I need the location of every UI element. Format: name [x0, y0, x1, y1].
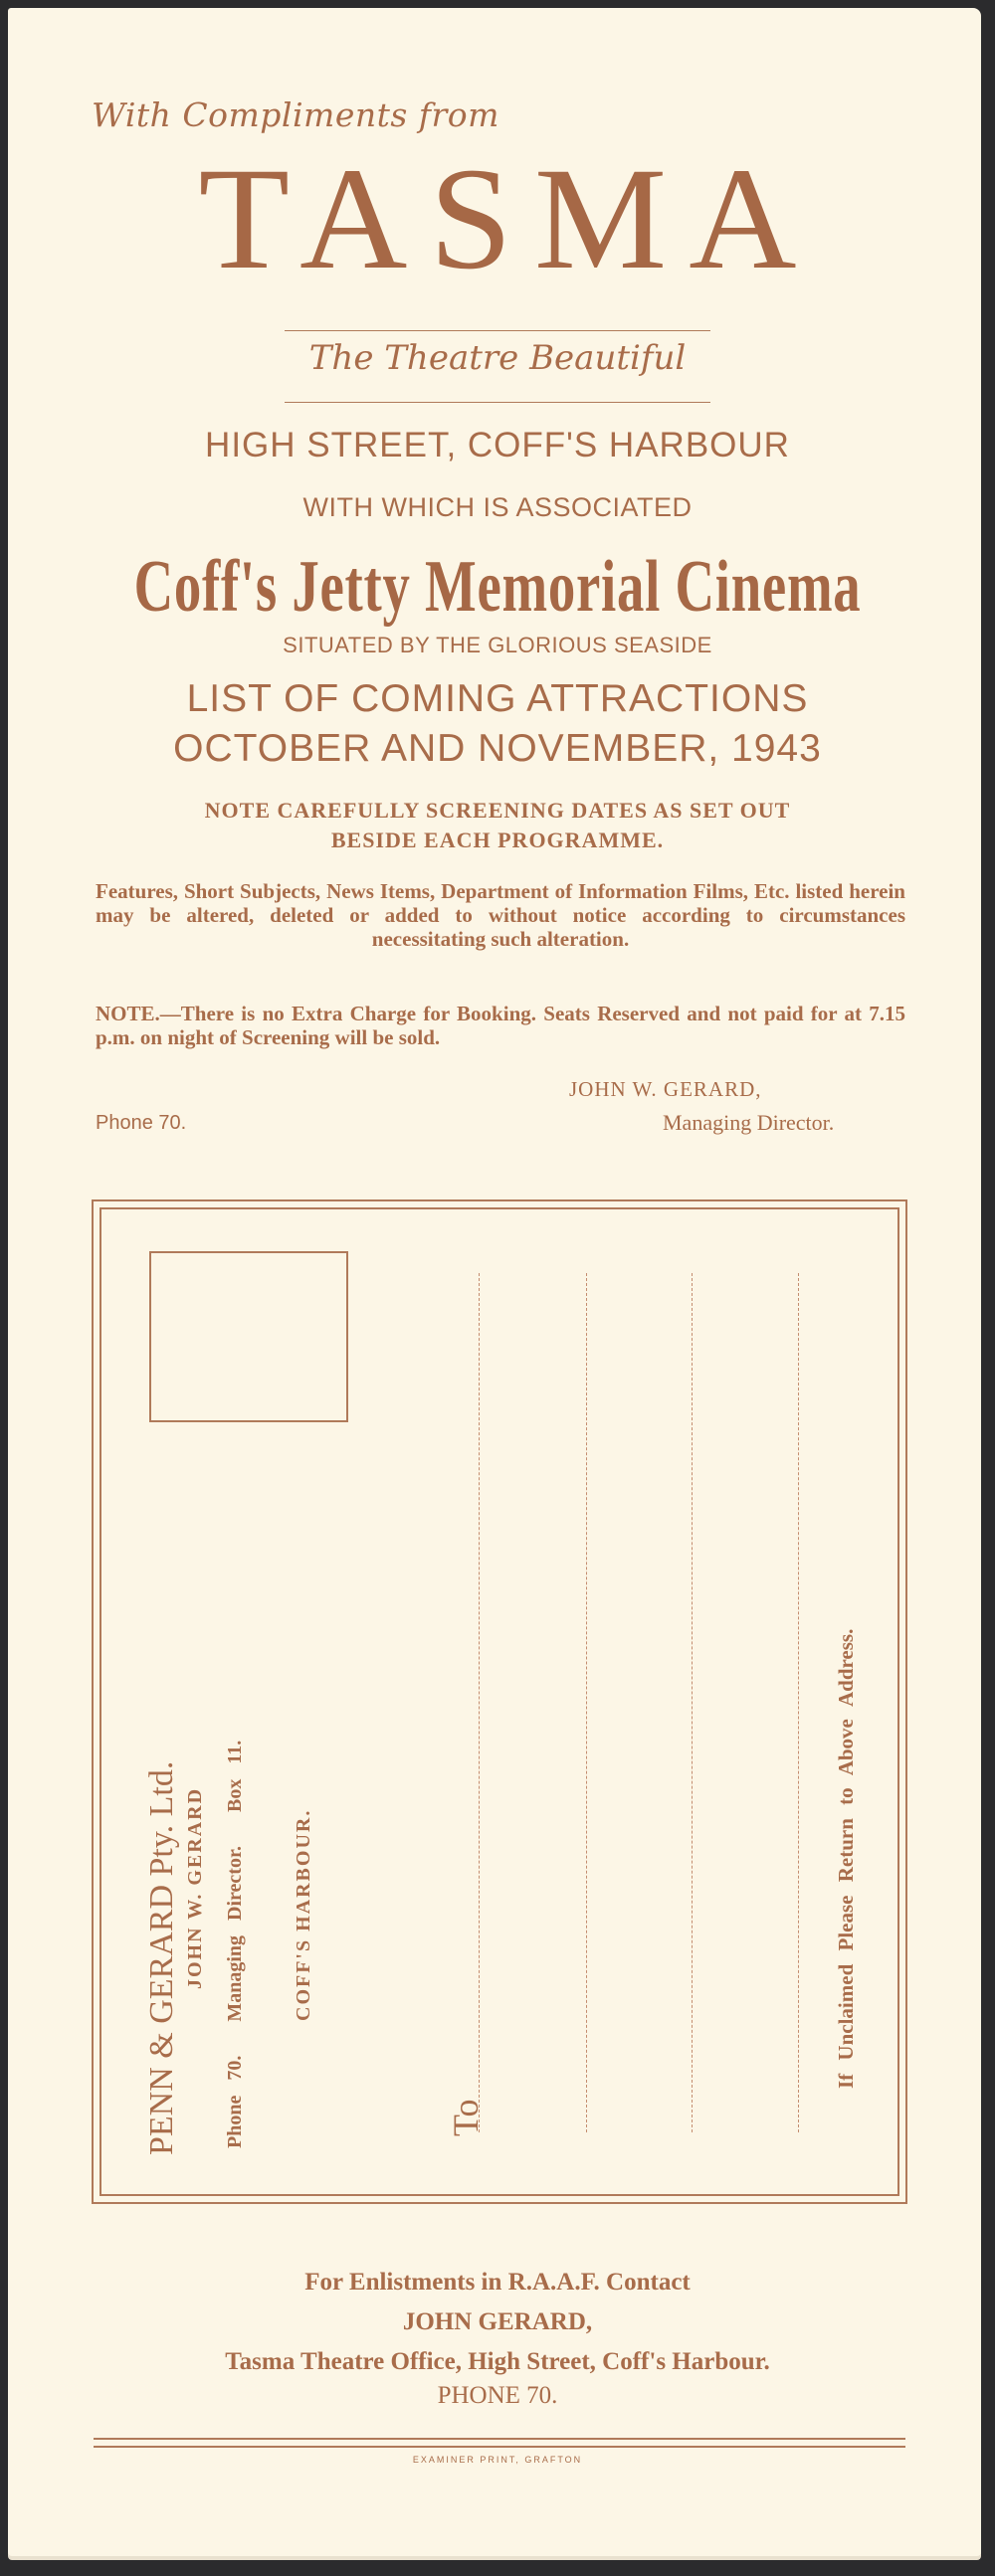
sender-town: COFF'S HARBOUR.: [293, 1809, 315, 2021]
sender-details: Phone 70.Managing Director.Box 11.: [224, 1741, 247, 2148]
address-line-4: [798, 1273, 799, 2132]
raaf-office: Tasma Theatre Office, High Street, Coff'…: [0, 2342, 995, 2382]
list-title: LIST OF COMING ATTRACTIONS OCTOBER AND N…: [0, 674, 995, 774]
raaf-contact: For Enlistments in R.A.A.F. Contact JOHN…: [0, 2263, 995, 2382]
tagline-rule-top: [285, 330, 710, 331]
footer-rule-top: [94, 2438, 905, 2440]
return-note: If Unclaimed Please Return to Above Addr…: [834, 1629, 859, 2089]
compliments-line: With Compliments from: [92, 95, 499, 134]
recipient-to-label: To: [445, 2100, 487, 2136]
signatory-name: JOHN W. GERARD,: [569, 1077, 762, 1102]
raaf-contact-name: JOHN GERARD,: [0, 2302, 995, 2342]
booking-notice: NOTE.—There is no Extra Charge for Booki…: [96, 1002, 905, 1049]
signatory-title: Managing Director.: [663, 1110, 834, 1136]
address-line-2: [586, 1273, 587, 2132]
signatory-phone: Phone 70.: [96, 1112, 186, 1135]
theatre-name: TASMA: [0, 146, 995, 292]
sender-company: PENN & GERARD Pty. Ltd.: [143, 1761, 181, 2155]
footer-rule-bottom: [94, 2446, 905, 2448]
list-title-line: LIST OF COMING ATTRACTIONS: [0, 674, 995, 724]
printer-imprint: EXAMINER PRINT, GRAFTON: [0, 2455, 995, 2465]
raaf-phone: PHONE 70.: [0, 2382, 995, 2410]
period-line: OCTOBER AND NOVEMBER, 1943: [0, 724, 995, 774]
sender-phone: Phone 70.: [224, 2056, 246, 2148]
cinema-name: Coff's Jetty Memorial Cinema: [129, 545, 866, 630]
situated-line: SITUATED BY THE GLORIOUS SEASIDE: [0, 633, 995, 658]
raaf-line: For Enlistments in R.A.A.F. Contact: [0, 2263, 995, 2302]
stamp-box: [149, 1251, 348, 1422]
associated-line: WITH WHICH IS ASSOCIATED: [0, 492, 995, 523]
sender-director-title: Managing Director.: [224, 1846, 246, 2022]
sender-director-name: JOHN W. GERARD: [184, 1787, 207, 1989]
sender-box: Box 11.: [224, 1741, 246, 1812]
address-line-1: [479, 1273, 480, 2132]
address-line-3: [692, 1273, 693, 2132]
theatre-address: HIGH STREET, COFF'S HARBOUR: [0, 426, 995, 465]
tagline-rule-bottom: [285, 402, 710, 403]
features-notice: Features, Short Subjects, News Items, De…: [96, 879, 905, 951]
screening-note: NOTE CAREFULLY SCREENING DATES AS SET OU…: [179, 796, 816, 855]
tagline: The Theatre Beautiful: [0, 338, 995, 378]
